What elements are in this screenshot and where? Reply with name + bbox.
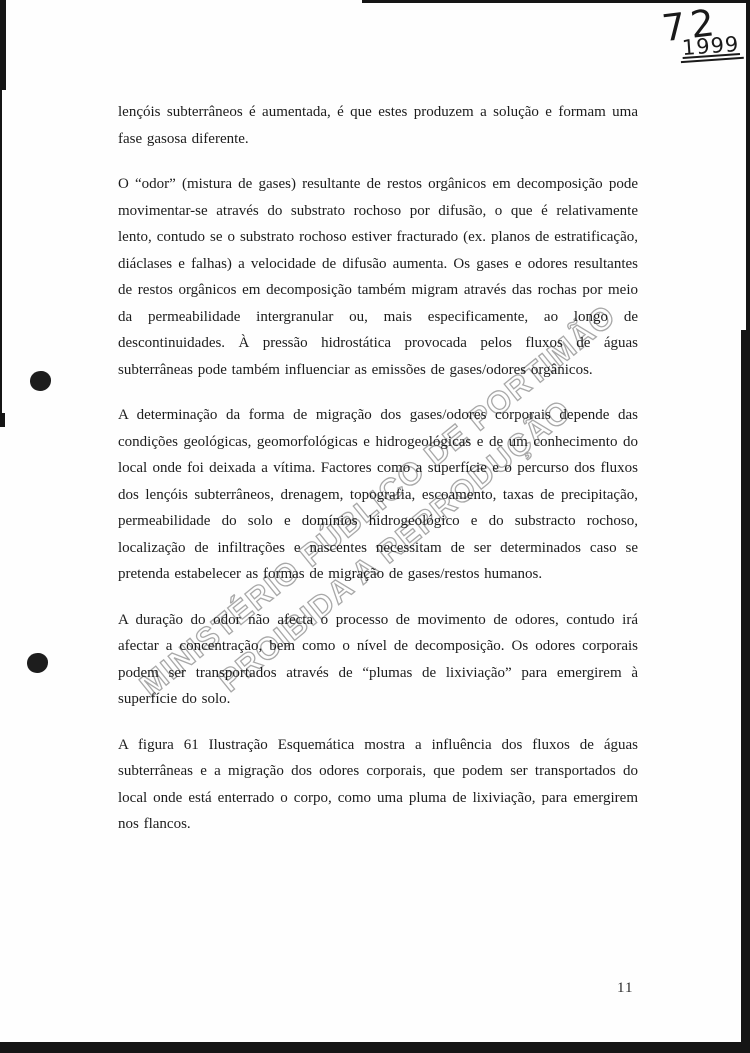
scanned-document-page: MINISTÉRIO PÚBLICO DE PORTIMÃO PROIBIDA … xyxy=(0,0,750,1053)
hole-punch-bottom-icon xyxy=(27,653,48,673)
handwritten-year-underlined: 1999 xyxy=(679,32,744,63)
page-number: 11 xyxy=(617,980,633,997)
paragraph-4: A duração do odor não afecta o processo … xyxy=(118,607,638,713)
scan-edge-right-top xyxy=(746,0,750,340)
paragraph-5: A figura 61 Ilustração Esquemática mostr… xyxy=(118,732,638,838)
scan-edge-bottom xyxy=(0,1042,750,1053)
paragraph-1: lençóis subterrâneos é aumentada, é que … xyxy=(118,99,638,152)
scan-edge-left-tick xyxy=(0,413,5,427)
paragraph-2: O “odor” (mistura de gases) resultante d… xyxy=(118,171,638,383)
scan-edge-left-thin xyxy=(0,88,2,415)
paragraph-3: A determinação da forma de migração dos … xyxy=(118,402,638,588)
scan-edge-right-bottom xyxy=(741,330,750,1053)
scan-edge-top xyxy=(362,0,750,3)
scan-edge-left-thick xyxy=(0,0,6,90)
document-text-block: lençóis subterrâneos é aumentada, é que … xyxy=(118,99,638,838)
hole-punch-top-icon xyxy=(30,371,51,391)
